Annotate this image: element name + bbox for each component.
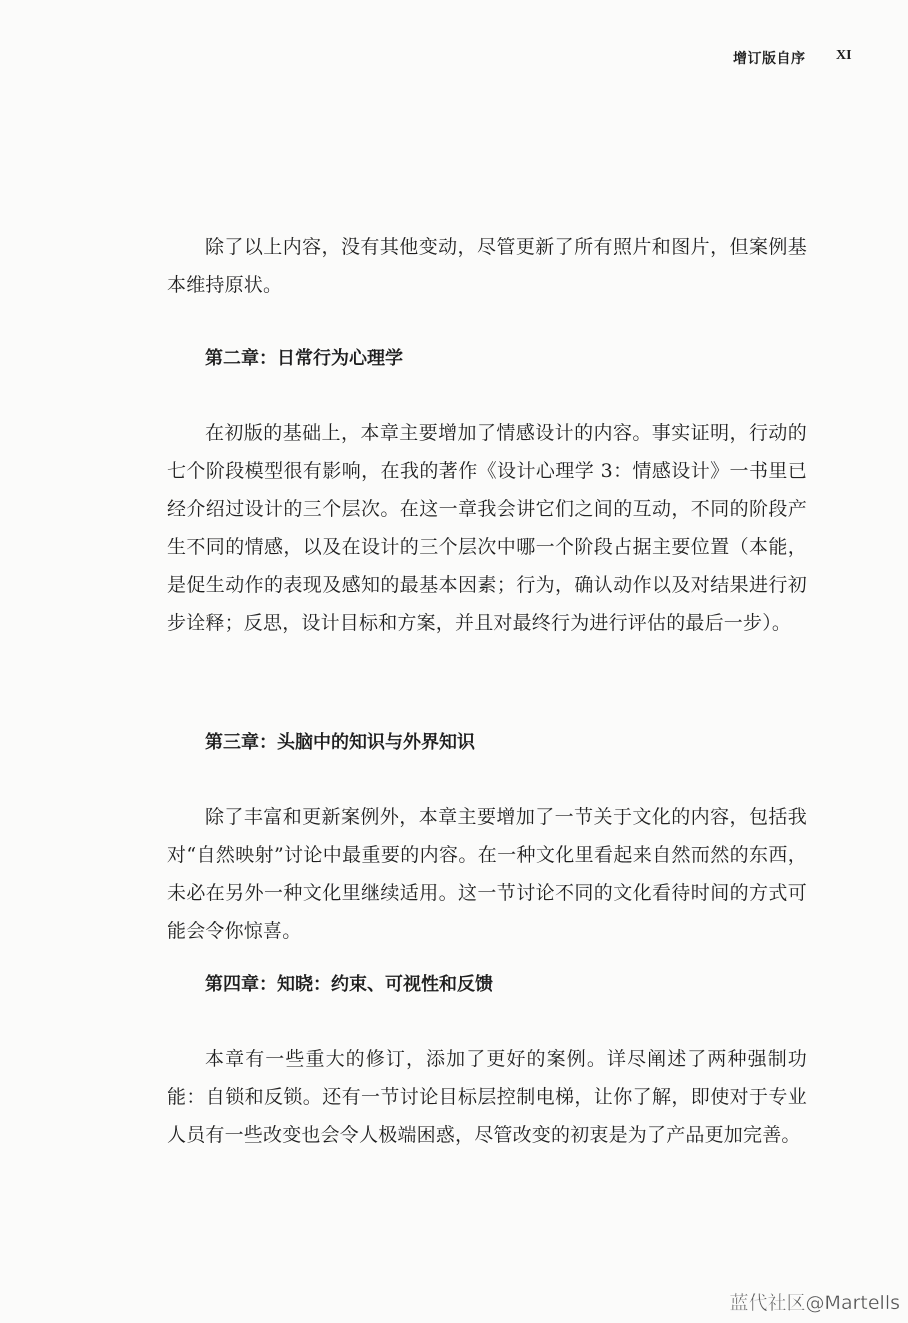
page-number: XI bbox=[836, 48, 852, 64]
running-header: 增订版自序 bbox=[733, 48, 806, 68]
section-heading-chapter-4: 第四章：知晓：约束、可视性和反馈 bbox=[205, 970, 493, 996]
section-paragraph: 在初版的基础上，本章主要增加了情感设计的内容。事实证明，行动的七个阶段模型很有影… bbox=[167, 414, 807, 642]
section-body-chapter-4: 本章有一些重大的修订，添加了更好的案例。详尽阐述了两种强制功能：自锁和反锁。还有… bbox=[167, 1040, 807, 1154]
watermark: 蓝代社区@Martells bbox=[730, 1288, 900, 1315]
intro-block: 除了以上内容，没有其他变动，尽管更新了所有照片和图片，但案例基本维持原状。 bbox=[167, 228, 807, 304]
section-body-chapter-2: 在初版的基础上，本章主要增加了情感设计的内容。事实证明，行动的七个阶段模型很有影… bbox=[167, 414, 807, 642]
book-page: 增订版自序 XI 除了以上内容，没有其他变动，尽管更新了所有照片和图片，但案例基… bbox=[0, 0, 908, 1323]
section-paragraph: 除了丰富和更新案例外，本章主要增加了一节关于文化的内容，包括我对“自然映射”讨论… bbox=[167, 798, 807, 950]
section-heading-chapter-2: 第二章：日常行为心理学 bbox=[205, 344, 403, 370]
intro-paragraph: 除了以上内容，没有其他变动，尽管更新了所有照片和图片，但案例基本维持原状。 bbox=[167, 228, 807, 304]
section-paragraph: 本章有一些重大的修订，添加了更好的案例。详尽阐述了两种强制功能：自锁和反锁。还有… bbox=[167, 1040, 807, 1154]
section-heading-chapter-3: 第三章：头脑中的知识与外界知识 bbox=[205, 728, 475, 754]
section-body-chapter-3: 除了丰富和更新案例外，本章主要增加了一节关于文化的内容，包括我对“自然映射”讨论… bbox=[167, 798, 807, 950]
